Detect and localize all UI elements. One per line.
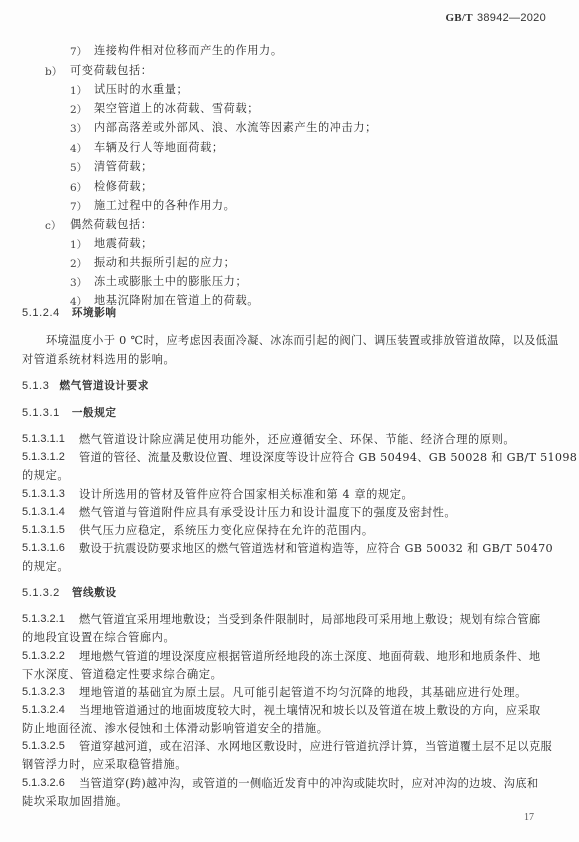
section-title: 管线敷设 bbox=[72, 587, 117, 599]
section-heading: 5.1.3.2管线敷设 bbox=[22, 586, 117, 600]
clause-text: 燃气管道设计除应满足使用功能外，还应遵循安全、环保、节能、经济合理的原则。 bbox=[79, 433, 515, 447]
clause-text: 燃气管道与管道附件应具有承受设计压力和设计温度下的强度及密封性。 bbox=[79, 506, 456, 520]
clause-text: 管道的管径、流量及敷设位置、埋设深度等设计应符合 GB 50494、GB 500… bbox=[79, 451, 577, 465]
list-marker: 2） bbox=[70, 256, 87, 271]
clause-number: 5.1.3.2.5 bbox=[22, 740, 65, 752]
list-marker: 3） bbox=[70, 275, 87, 290]
list-title: 偶然荷载包括： bbox=[70, 218, 153, 232]
section-number: 5.1.3.2 bbox=[22, 587, 60, 599]
clause-text: 当埋地管道通过的地面坡度较大时，视土壤情况和坡长以及管道在坡上敷设的方向，应采取 bbox=[79, 704, 541, 718]
clause-text: 敷设于抗震设防要求地区的燃气管道选材和管道构造等，应符合 GB 50032 和 … bbox=[79, 542, 553, 556]
list-title: 可变荷载包括： bbox=[70, 64, 153, 78]
section-title: 一般规定 bbox=[72, 407, 117, 419]
document-page: GB/T38942—2020 7） 连接构件相对位移而产生的作用力。 b） 可变… bbox=[0, 0, 579, 842]
clause-number: 5.1.3.1.1 bbox=[22, 433, 65, 445]
page-number: 17 bbox=[524, 812, 534, 823]
clause-text: 设计所选用的管材及管件应符合国家相关标准和第 4 章的规定。 bbox=[79, 488, 413, 502]
list-marker: 7） bbox=[70, 199, 87, 214]
clause-number: 5.1.3.2.6 bbox=[22, 777, 65, 789]
section-title: 环境影响 bbox=[72, 307, 117, 319]
list-item: 检修荷载； bbox=[94, 180, 153, 194]
list-marker: 3） bbox=[70, 121, 87, 136]
standard-header: GB/T38942—2020 bbox=[445, 12, 546, 24]
section-title: 燃气管道设计要求 bbox=[59, 380, 149, 392]
standard-code: GB/T bbox=[445, 12, 473, 24]
clause-number: 5.1.3.1.4 bbox=[22, 506, 65, 518]
clause-text: 的地段宜设置在综合管廊内。 bbox=[22, 631, 175, 645]
standard-number: 38942—2020 bbox=[477, 12, 546, 24]
clause-text: 管道穿越河道，或在沼泽、水网地区敷设时，应进行管道抗浮计算，当管道覆土层不足以克… bbox=[79, 740, 552, 754]
section-number: 5.1.3.1 bbox=[22, 407, 60, 419]
list-marker: 4） bbox=[70, 141, 87, 156]
section-number: 5.1.3 bbox=[22, 380, 49, 392]
list-item: 冻土或膨胀土中的膨胀压力； bbox=[94, 275, 247, 289]
list-item: 地震荷载； bbox=[94, 237, 153, 251]
list-marker: 2） bbox=[70, 102, 87, 117]
clause-text: 的规定。 bbox=[22, 469, 69, 483]
clause-number: 5.1.3.2.4 bbox=[22, 704, 65, 716]
clause-number: 5.1.3.2.2 bbox=[22, 650, 65, 662]
list-item: 架空管道上的冰荷载、雪荷载； bbox=[94, 102, 259, 116]
clause-text: 防止地面径流、渗水侵蚀和土体滑动影响管道安全的措施。 bbox=[22, 722, 328, 736]
clause-text: 燃气管道宜采用埋地敷设；当受到条件限制时，局部地段可采用地上敷设；规划有综合管廊 bbox=[79, 613, 541, 627]
paragraph-line: 环境温度小于 0 ℃时，应考虑因表面冷凝、冰冻而引起的阀门、调压装置或排放管道故… bbox=[46, 334, 559, 348]
list-item: 内部高落差或外部风、浪、水流等因素产生的冲击力； bbox=[94, 121, 377, 135]
list-marker: c） bbox=[45, 218, 61, 233]
clause-text: 埋地管道的基础宜为原土层。凡可能引起管道不均匀沉降的地段，其基础应进行处理。 bbox=[79, 686, 527, 700]
list-item: 连接构件相对位移而产生的作用力。 bbox=[94, 44, 283, 58]
section-heading: 5.1.3燃气管道设计要求 bbox=[22, 379, 149, 393]
section-heading: 5.1.2.4环境影响 bbox=[22, 306, 117, 320]
list-marker: 7） bbox=[70, 44, 87, 59]
clause-number: 5.1.3.2.3 bbox=[22, 686, 65, 698]
list-marker: 6） bbox=[70, 180, 87, 195]
clause-text: 埋地燃气管道的埋设深度应根据管道所经地段的冻土深度、地面荷载、地形和地质条件、地 bbox=[79, 650, 541, 664]
section-heading: 5.1.3.1一般规定 bbox=[22, 406, 117, 420]
list-marker: 1） bbox=[70, 83, 87, 98]
clause-text: 的规定。 bbox=[22, 560, 69, 574]
list-marker: b） bbox=[45, 64, 62, 79]
list-item: 地基沉降附加在管道上的荷载。 bbox=[94, 294, 259, 308]
clause-text: 当管道穿(跨)越冲沟，或管道的一侧临近发育中的冲沟或陡坎时，应对冲沟的边坡、沟底… bbox=[79, 777, 538, 791]
clause-text: 陡坎采取加固措施。 bbox=[22, 795, 128, 809]
clause-number: 5.1.3.1.3 bbox=[22, 488, 65, 500]
list-marker: 5） bbox=[70, 160, 87, 175]
clause-text: 供气压力应稳定，系统压力变化应保持在允许的范围内。 bbox=[79, 524, 374, 538]
list-item: 施工过程中的各种作用力。 bbox=[94, 199, 235, 213]
clause-number: 5.1.3.2.1 bbox=[22, 613, 65, 625]
clause-text: 下水深度、管道稳定性要求综合确定。 bbox=[22, 668, 222, 682]
clause-text: 钢管浮力时，应采取稳管措施。 bbox=[22, 758, 187, 772]
list-item: 车辆及行人等地面荷载； bbox=[94, 141, 224, 155]
clause-number: 5.1.3.1.6 bbox=[22, 542, 65, 554]
section-number: 5.1.2.4 bbox=[22, 307, 60, 319]
list-marker: 1） bbox=[70, 237, 87, 252]
list-item: 清管荷载； bbox=[94, 160, 153, 174]
paragraph-line: 对管道系统材料选用的影响。 bbox=[22, 353, 175, 367]
list-item: 试压时的水重量； bbox=[94, 83, 188, 97]
list-item: 振动和共振所引起的应力； bbox=[94, 256, 235, 270]
clause-number: 5.1.3.1.5 bbox=[22, 524, 65, 536]
clause-number: 5.1.3.1.2 bbox=[22, 451, 65, 463]
